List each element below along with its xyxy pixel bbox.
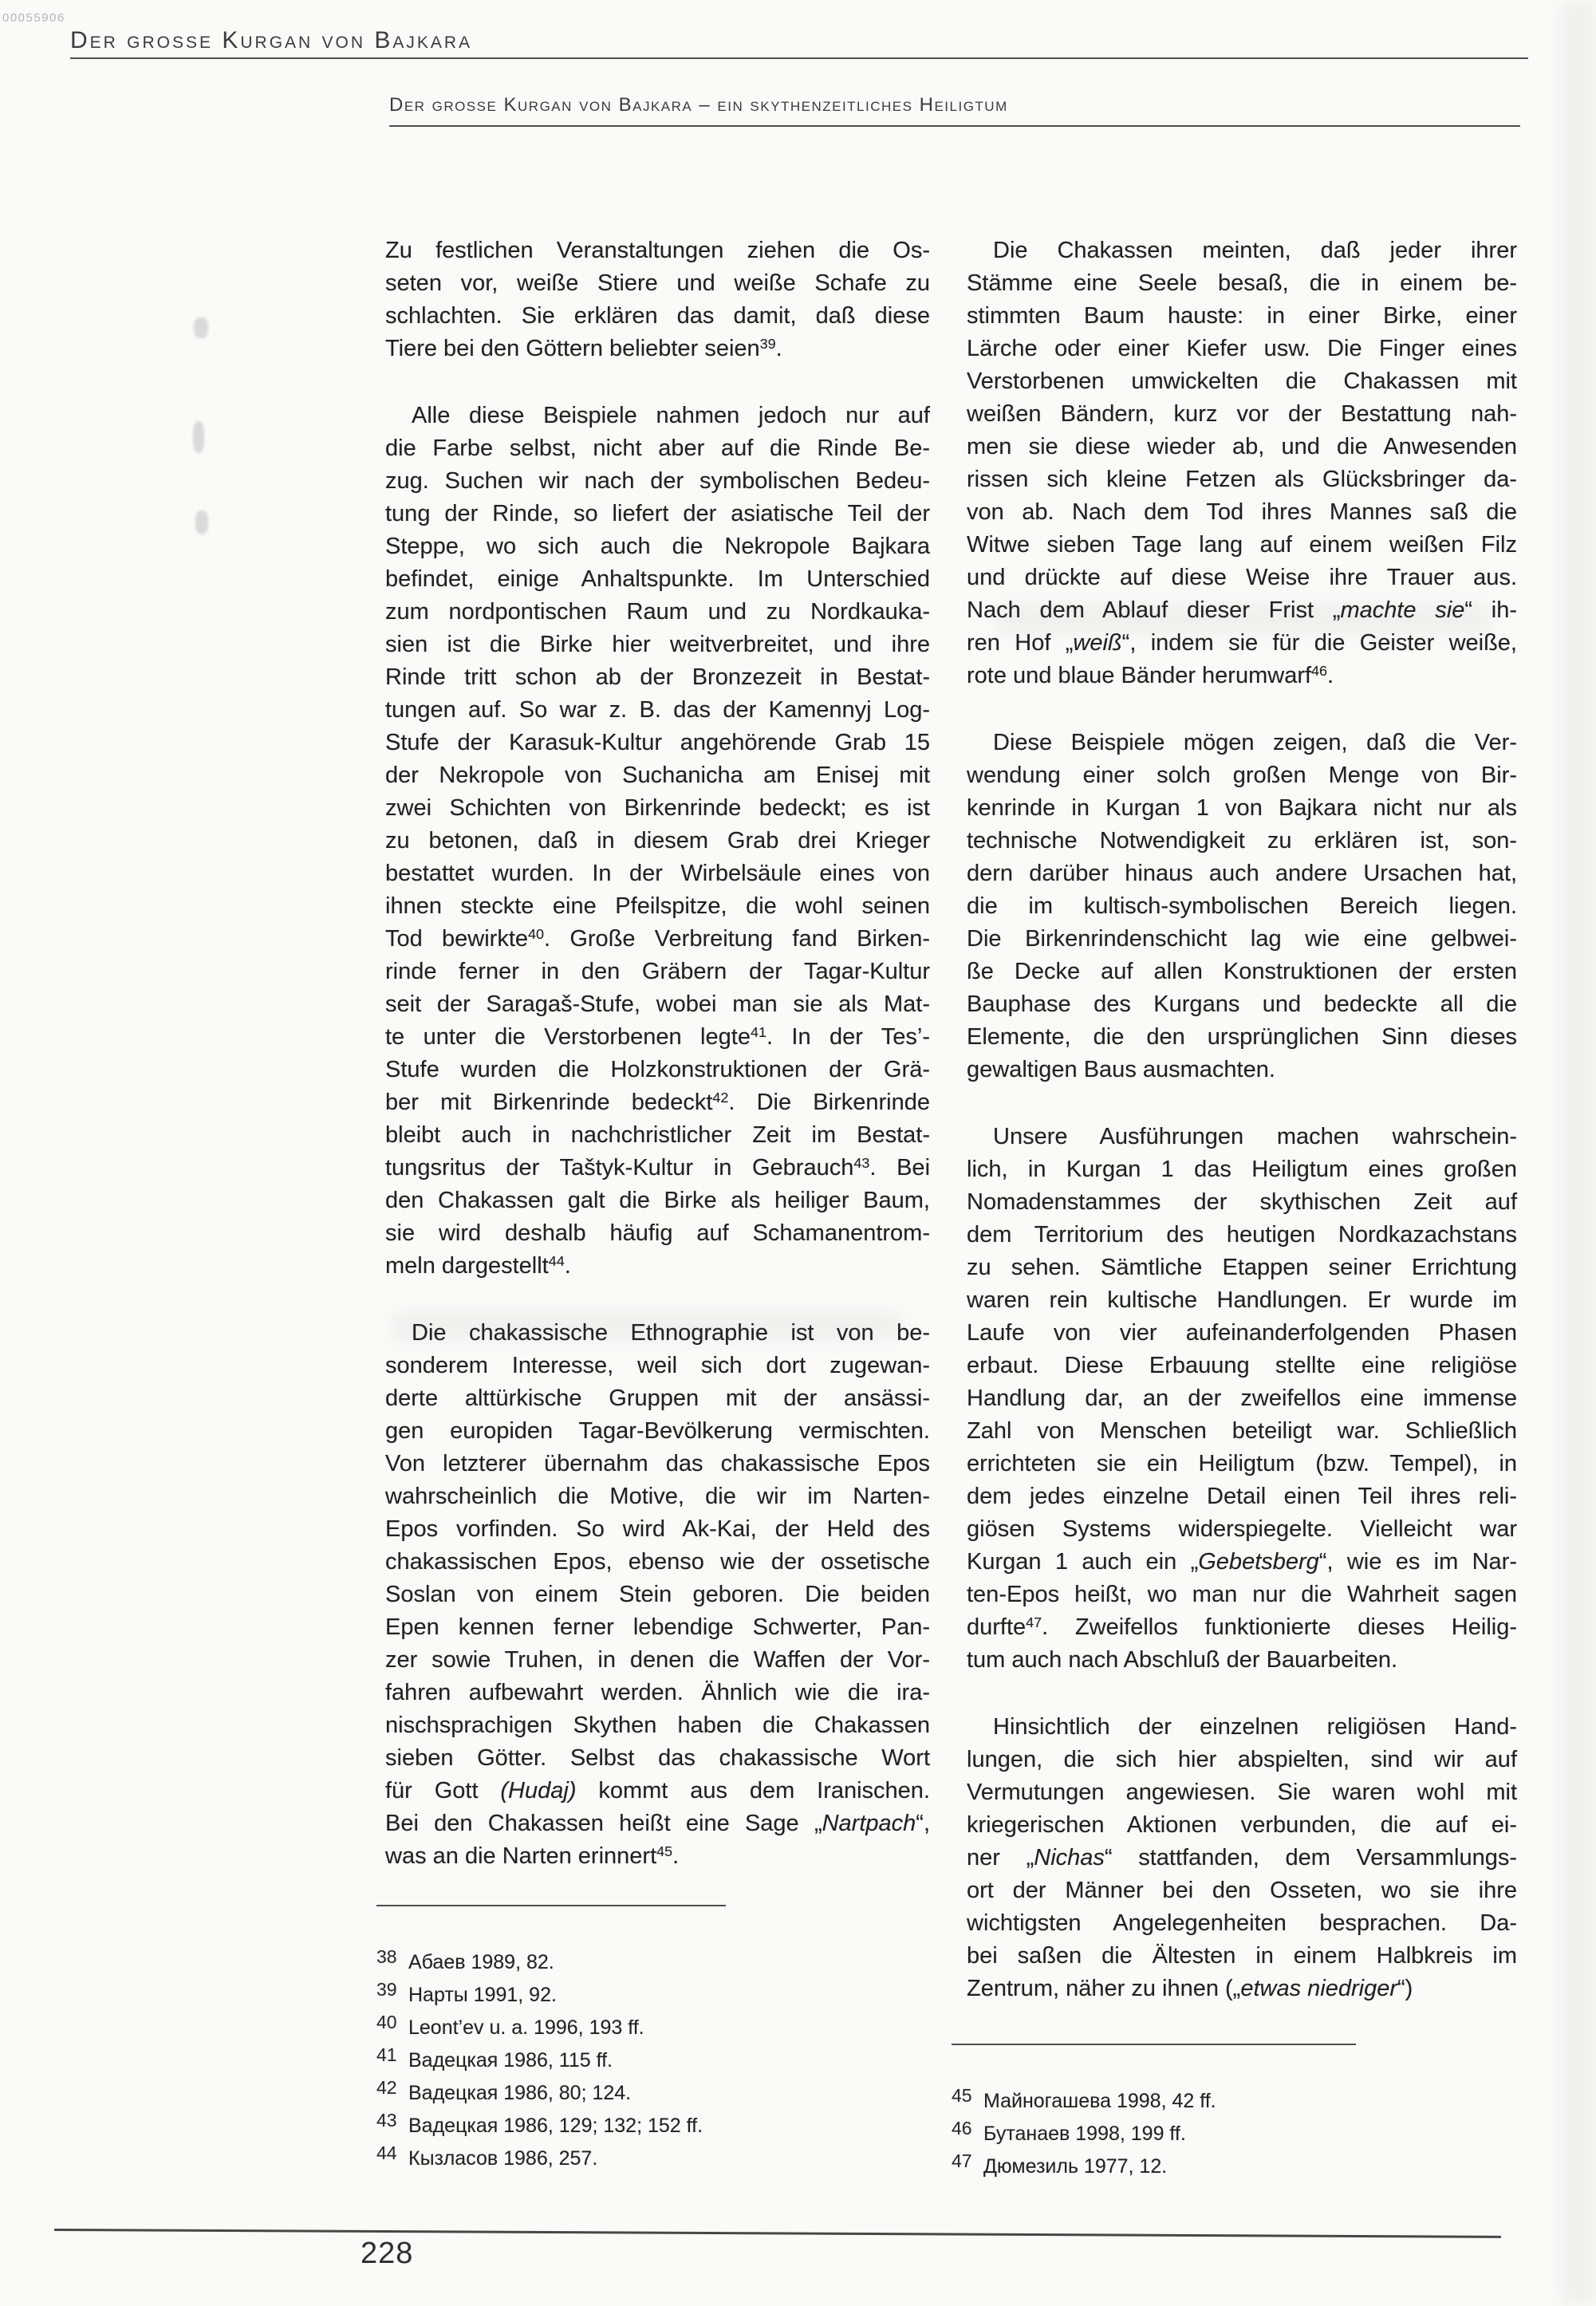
text-line: dem jedes einzelne Detail einen Teil ihr… [967,1480,1517,1513]
footnote-item: 40Leont’ev u. a. 1996, 193 ff. [376,2012,935,2044]
running-head-chapter: Der grosse Kurgan von Bajkara [70,27,472,54]
text-line: nischsprachigen Skythen haben die Chakas… [385,1709,930,1742]
text-line: was an die Narten erinnert45. [385,1840,930,1873]
text-line: ten-Epos heißt, wo man nur die Wahrheit … [967,1579,1517,1611]
footnote-number: 46 [952,2112,983,2145]
footnote-text: Вадецкая 1986, 80; 124. [408,2082,631,2104]
text-line: Stufe wurden die Holzkonstruktionen der … [385,1054,930,1086]
text-line: bestattet wurden. In der Wirbelsäule ein… [385,857,930,890]
text-line: meln dargestellt44. [385,1250,930,1283]
footer-rule [54,2229,1501,2238]
text-line: Handlung dar, an der zweifellos eine imm… [967,1382,1517,1415]
text-line: seit der Saragaš-Stufe, wobei man sie al… [385,988,930,1021]
text-line: erbaut. Diese Erbauung stellte eine reli… [967,1350,1517,1382]
text-line: ße Decke auf allen Konstruktionen der er… [967,956,1517,988]
text-line: zug. Suchen wir nach der symbolischen Be… [385,465,930,498]
footnote-text: Майногашева 1998, 42 ff. [983,2090,1216,2112]
footnotes-right: 45Майногашева 1998, 42 ff.46Бутанаев 199… [952,2085,1526,2183]
text-line: Die Birkenrindenschicht lag wie eine gel… [967,923,1517,956]
footnote-separator-left [376,1905,726,1906]
scan-artifact [391,1312,901,1341]
text-line: technische Notwendigkeit zu erklären ist… [967,825,1517,857]
text-line: Rinde tritt schon ab der Bronzezeit in B… [385,661,930,694]
text-line: chakassischen Epos, ebenso wie der osset… [385,1546,930,1579]
text-line: zwei Schichten von Birkenrinde bedeckt; … [385,792,930,825]
scan-artifact [194,317,208,338]
text-line: ber mit Birkenrinde bedeckt42. Die Birke… [385,1086,930,1119]
footnote-number: 40 [376,2006,408,2039]
paragraph: Zu festlichen Veranstaltungen ziehen die… [385,235,930,365]
text-line: und drückte auf diese Weise ihre Trauer … [967,562,1517,594]
text-line: die im kultisch-symbolischen Bereich lie… [967,890,1517,923]
footnote-separator-right [952,2044,1356,2045]
text-line: Zentrum, näher zu ihnen („etwas niedrige… [967,1973,1517,2005]
text-line: lungen, die sich hier abspielten, sind w… [967,1744,1517,1776]
footnote-item: 38Абаев 1989, 82. [376,1946,935,1979]
footnote-item: 44Кызласов 1986, 257. [376,2142,935,2175]
text-line: Elemente, die den ursprünglichen Sinn di… [967,1021,1517,1054]
running-head-section: Der grosse Kurgan von Bajkara – ein skyt… [389,94,1008,116]
footnote-item: 42Вадецкая 1986, 80; 124. [376,2077,935,2110]
text-line: dem Territorium des heutigen Nordkazachs… [967,1219,1517,1252]
text-line: sonderem Interesse, weil sich dort zugew… [385,1350,930,1382]
text-line: Lärche oder einer Kiefer usw. Die Finger… [967,333,1517,365]
text-line: von ab. Nach dem Tod ihres Mannes saß di… [967,496,1517,529]
section-rule [389,125,1520,127]
text-line: befindet, einige Anhaltspunkte. Im Unter… [385,563,930,596]
scan-artifact [195,510,208,534]
footnote-item: 43Вадецкая 1986, 129; 132; 152 ff. [376,2110,935,2142]
scan-artifact [1560,0,1596,2306]
text-line: Bei den Chakassen heißt eine Sage „Nartp… [385,1807,930,1840]
text-line: tum auch nach Abschluß der Bauarbeiten. [967,1644,1517,1677]
text-line: kriegerischen Aktionen verbunden, die au… [967,1809,1517,1842]
footnote-item: 47Дюмезиль 1977, 12. [952,2150,1526,2183]
text-line: Nomadenstammes der skythischen Zeit auf [967,1186,1517,1219]
footnote-text: Вадецкая 1986, 129; 132; 152 ff. [408,2115,703,2137]
footnote-item: 45Майногашева 1998, 42 ff. [952,2085,1526,2118]
scan-artifact [997,602,1492,636]
text-line: stimmten Baum hauste: in einer Birke, ei… [967,300,1517,333]
paragraph: Die chakassische Ethnographie ist von be… [385,1317,930,1873]
column-right: Die Chakassen meinten, daß jeder ihrerSt… [967,235,1517,2040]
footnote-text: Нарты 1991, 92. [408,1984,557,2006]
text-line: waren rein kultische Handlungen. Er wurd… [967,1284,1517,1317]
text-line: sieben Götter. Selbst das chakassische W… [385,1742,930,1775]
text-line: Verstorbenen umwickelten die Chakassen m… [967,365,1517,398]
header-rule [70,57,1528,59]
text-line: tungsritus der Taštyk-Kultur in Gebrauch… [385,1152,930,1185]
text-line: Bauphase des Kurgans und bedeckte all di… [967,988,1517,1021]
text-line: Zu festlichen Veranstaltungen ziehen die… [385,235,930,267]
text-line: ner „Nichas“ stattfanden, dem Versammlun… [967,1842,1517,1874]
text-line: Kurgan 1 auch ein „Gebetsberg“, wie es i… [967,1546,1517,1579]
text-line: Zahl von Menschen beteiligt war. Schließ… [967,1415,1517,1448]
footnote-text: Вадецкая 1986, 115 ff. [408,2049,613,2071]
text-line: Alle diese Beispiele nahmen jedoch nur a… [385,400,930,432]
text-line: gewaltigen Baus ausmachten. [967,1054,1517,1086]
footnote-text: Leont’ev u. a. 1996, 193 ff. [408,2016,644,2039]
text-line: sie wird deshalb häufig auf Schamanentro… [385,1217,930,1250]
text-line: wendung einer solch großen Menge von Bir… [967,759,1517,792]
text-line: zu betonen, daß in diesem Grab drei Krie… [385,825,930,857]
text-line: Stämme eine Seele besaß, die in einem be… [967,267,1517,300]
text-line: Stufe der Karasuk-Kultur angehörende Gra… [385,727,930,759]
page-number: 228 [361,2237,413,2271]
text-line: Hinsichtlich der einzelnen religiösen Ha… [967,1711,1517,1744]
text-line: den Chakassen galt die Birke als heilige… [385,1185,930,1217]
text-line: für Gott (Hudaj) kommt aus dem Iranische… [385,1775,930,1807]
text-line: giösen Systems widerspiegelte. Vielleich… [967,1513,1517,1546]
text-line: lich, in Kurgan 1 das Heiligtum eines gr… [967,1153,1517,1186]
text-line: rissen sich kleine Fetzen als Glücksbrin… [967,463,1517,496]
text-line: errichteten sie ein Heiligtum (bzw. Temp… [967,1448,1517,1480]
text-line: rote und blaue Bänder herumwarf46. [967,660,1517,692]
text-line: Soslan von einem Stein geboren. Die beid… [385,1579,930,1611]
scanned-book-page: 00055906 Der grosse Kurgan von Bajkara D… [0,0,1596,2306]
text-line: zu sehen. Sämtliche Etappen seiner Erric… [967,1252,1517,1284]
text-line: kenrinde in Kurgan 1 von Bajkara nicht n… [967,792,1517,825]
footnote-number: 39 [376,1973,408,2006]
footnote-text: Кызласов 1986, 257. [408,2147,597,2170]
text-line: Diese Beispiele mögen zeigen, daß die Ve… [967,727,1517,759]
footnotes-left: 38Абаев 1989, 82.39Нарты 1991, 92.40Leon… [376,1946,935,2175]
text-line: Vermutungen angewiesen. Sie waren wohl m… [967,1776,1517,1809]
text-line: Tiere bei den Göttern beliebter seien39. [385,333,930,365]
text-line: rinde ferner in den Gräbern der Tagar-Ku… [385,956,930,988]
text-line: Unsere Ausführungen machen wahrschein- [967,1121,1517,1153]
text-line: Witwe sieben Tage lang auf einem weißen … [967,529,1517,562]
text-line: tung der Rinde, so liefert der asiatisch… [385,498,930,530]
text-line: tungen auf. So war z. B. das der Kamenny… [385,694,930,727]
text-line: wahrscheinlich die Motive, die wir im Na… [385,1480,930,1513]
text-line: wichtigsten Angelegenheiten besprachen. … [967,1907,1517,1940]
text-line: Steppe, wo sich auch die Nekropole Bajka… [385,530,930,563]
footnote-number: 47 [952,2145,983,2178]
text-line: schlachten. Sie erklären das damit, daß … [385,300,930,333]
text-line: bleibt auch in nachchristlicher Zeit im … [385,1119,930,1152]
text-line: zer sowie Truhen, in denen die Waffen de… [385,1644,930,1677]
footnote-text: Бутанаев 1998, 199 ff. [983,2123,1186,2145]
text-line: der Nekropole von Suchanicha am Enisej m… [385,759,930,792]
text-line: durfte47. Zweifellos funktionierte diese… [967,1611,1517,1644]
text-line: zum nordpontischen Raum und zu Nordkauka… [385,596,930,629]
footnote-item: 39Нарты 1991, 92. [376,1979,935,2012]
scan-id-stamp: 00055906 [2,11,65,25]
paragraph: Hinsichtlich der einzelnen religiösen Ha… [967,1711,1517,2005]
footnote-text: Дюмезиль 1977, 12. [983,2155,1167,2178]
text-line: gen europiden Tagar-Bevölkerung vermisch… [385,1415,930,1448]
text-line: derte alttürkische Gruppen mit der ansäs… [385,1382,930,1415]
text-line: die Farbe selbst, nicht aber auf die Rin… [385,432,930,465]
footnote-number: 45 [952,2079,983,2112]
text-line: fahren aufbewahrt werden. Ähnlich wie di… [385,1677,930,1709]
footnote-number: 38 [376,1941,408,1973]
footnote-item: 46Бутанаев 1998, 199 ff. [952,2118,1526,2150]
footnote-number: 42 [376,2071,408,2104]
paragraph: Unsere Ausführungen machen wahrschein-li… [967,1121,1517,1677]
footnote-number: 43 [376,2104,408,2137]
footnote-number: 44 [376,2137,408,2170]
text-line: ihnen steckte eine Pfeilspitze, die wohl… [385,890,930,923]
paragraph: Diese Beispiele mögen zeigen, daß die Ve… [967,727,1517,1086]
text-line: Epen kennen ferner lebendige Schwerter, … [385,1611,930,1644]
column-left: Zu festlichen Veranstaltungen ziehen die… [385,235,930,1907]
text-line: Laufe von vier aufeinanderfolgenden Phas… [967,1317,1517,1350]
text-line: Epos vorfinden. So wird Ak-Kai, der Held… [385,1513,930,1546]
text-line: te unter die Verstorbenen legte41. In de… [385,1021,930,1054]
text-line: Tod bewirkte40. Große Verbreitung fand B… [385,923,930,956]
text-line: men sie diese wieder ab, und die Anwesen… [967,431,1517,463]
text-line: Von letzterer übernahm das chakassische … [385,1448,930,1480]
footnote-number: 41 [376,2039,408,2071]
scan-artifact [193,421,204,453]
footnote-item: 41Вадецкая 1986, 115 ff. [376,2044,935,2077]
text-line: ort der Männer bei den Osseten, wo sie i… [967,1874,1517,1907]
text-line: weißen Bändern, kurz vor der Bestattung … [967,398,1517,431]
footnote-text: Абаев 1989, 82. [408,1951,554,1973]
text-line: bei saßen die Ältesten in einem Halbkrei… [967,1940,1517,1973]
text-line: dern darüber hinaus auch andere Ursachen… [967,857,1517,890]
text-line: Die Chakassen meinten, daß jeder ihrer [967,235,1517,267]
paragraph: Alle diese Beispiele nahmen jedoch nur a… [385,400,930,1283]
text-line: sien ist die Birke hier weitverbreitet, … [385,629,930,661]
text-line: seten vor, weiße Stiere und weiße Schafe… [385,267,930,300]
